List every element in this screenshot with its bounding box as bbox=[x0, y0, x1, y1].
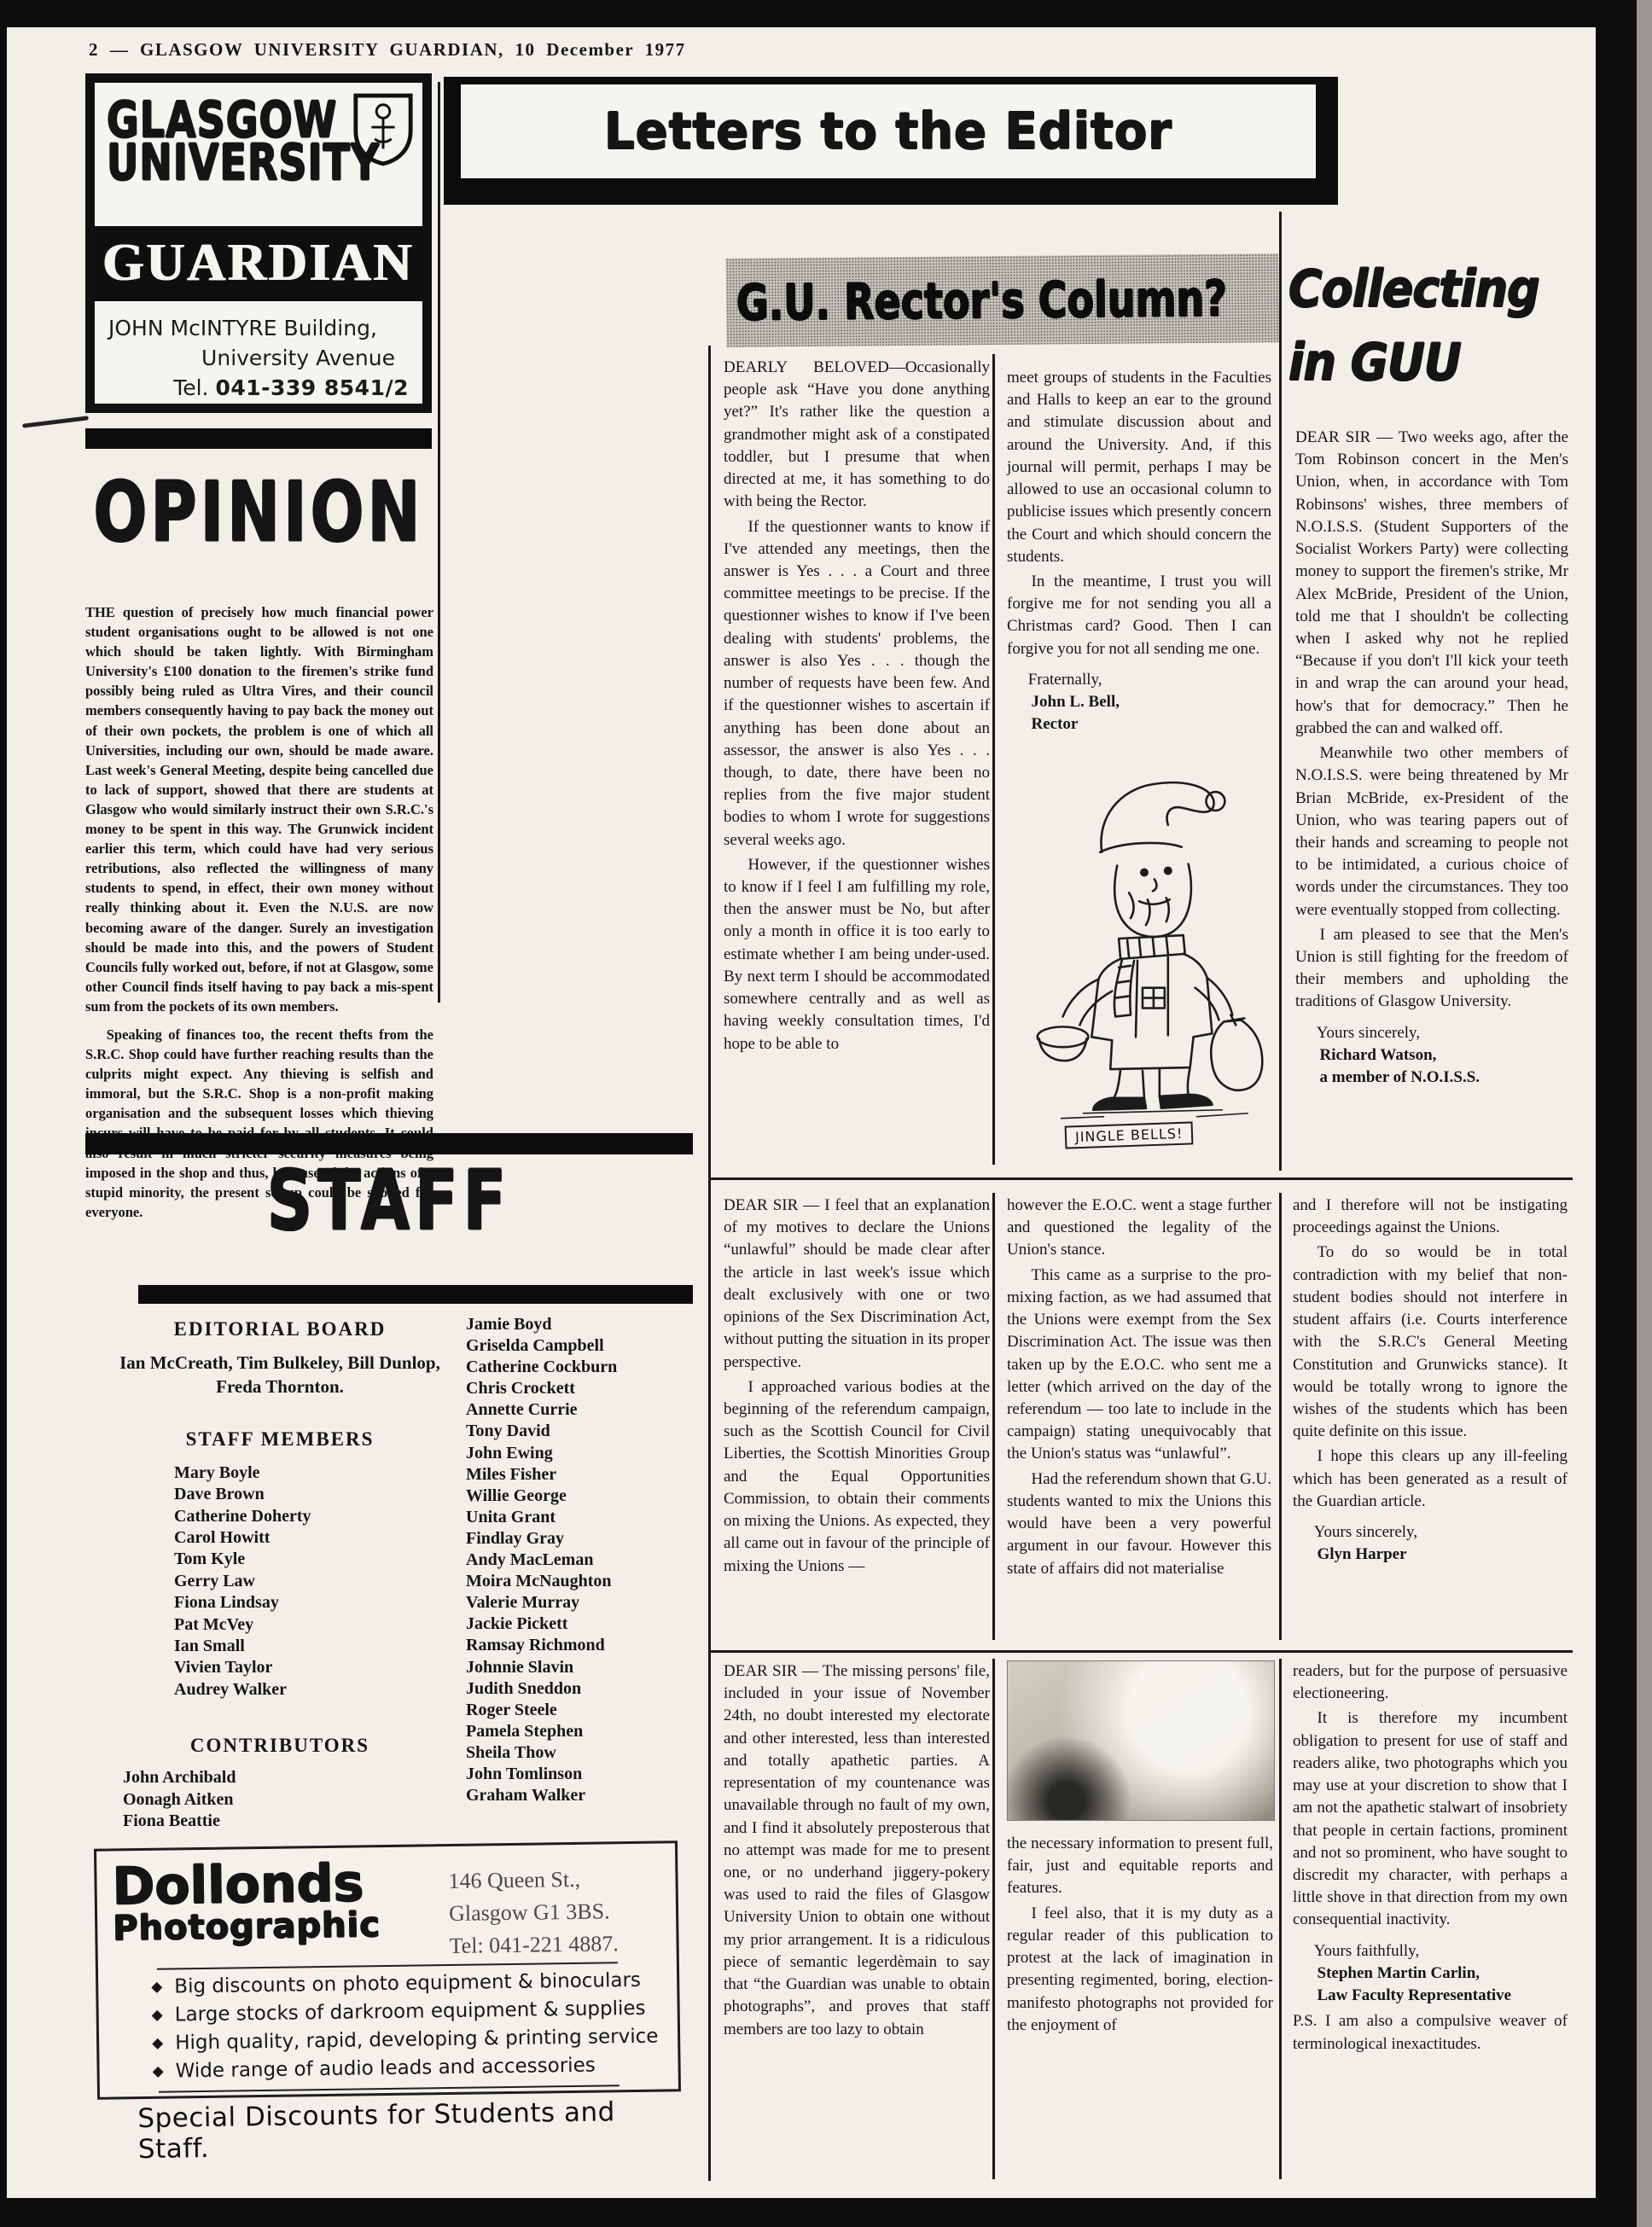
signoff-line: Law Faculty Representative bbox=[1293, 1985, 1568, 2007]
missing-letter-col1: DEAR SIR — The missing persons' file, in… bbox=[724, 1660, 990, 2044]
missing-signoff: Yours faithfully,Stephen Martin Carlin,L… bbox=[1293, 1940, 1568, 2008]
signoff-line: John L. Bell, bbox=[1007, 691, 1271, 713]
masthead-title-band: GUARDIAN bbox=[95, 226, 422, 301]
staff-member-name: Jamie Boyd bbox=[466, 1314, 705, 1335]
collecting-headline-line1: Collecting bbox=[1288, 249, 1603, 330]
staff-member-name: Moira McNaughton bbox=[466, 1571, 705, 1592]
ad-bullet-list: Big discounts on photo equipment & binoc… bbox=[151, 1966, 678, 2086]
letter-paragraph: however the E.O.C. went a stage further … bbox=[1007, 1195, 1271, 1262]
rector-col2-paragraphs: meet groups of students in the Faculties… bbox=[1007, 367, 1271, 660]
jingle-bells-cartoon-drawing bbox=[1002, 756, 1277, 1123]
staff-member-name: Valerie Murray bbox=[466, 1592, 705, 1614]
editorial-board-heading: EDITORIAL BOARD bbox=[109, 1318, 451, 1340]
mixing-letter-col3: and I therefore will not be instigating … bbox=[1293, 1195, 1568, 1567]
signoff-line: Fraternally, bbox=[1007, 669, 1271, 691]
staff-member-name: Tom Kyle bbox=[174, 1549, 451, 1570]
staff-member-name: Ian Small bbox=[174, 1636, 451, 1657]
scan-border-left bbox=[0, 0, 7, 2227]
column-rule bbox=[992, 354, 995, 1165]
staff-member-name: Fiona Lindsay bbox=[174, 1592, 451, 1614]
signoff-line: a member of N.O.I.S.S. bbox=[1295, 1067, 1568, 1089]
missing-col3-paragraphs: readers, but for the purpose of persuasi… bbox=[1293, 1660, 1568, 1932]
staff-member-name: Tony David bbox=[466, 1421, 705, 1442]
contributor-name: Oonagh Aitken bbox=[123, 1789, 451, 1811]
cartoon-caption: JINGLE BELLS! bbox=[1065, 1121, 1194, 1148]
staff-member-name: John Tomlinson bbox=[466, 1764, 705, 1785]
rector-column-headline: G.U. Rector's Column? bbox=[726, 270, 1228, 332]
ad-footer: Special Discounts for Students and Staff… bbox=[100, 2089, 679, 2165]
column-rule bbox=[1279, 1659, 1282, 2179]
signoff-line: Yours sincerely, bbox=[1295, 1022, 1568, 1044]
letter-paragraph: DEAR SIR — I feel that an explanation of… bbox=[724, 1195, 990, 1374]
section-rule bbox=[711, 1650, 1573, 1653]
masthead-title: GUARDIAN bbox=[103, 234, 415, 292]
signoff-line: Yours faithfully, bbox=[1293, 1940, 1568, 1962]
collecting-letter: DEAR SIR — Two weeks ago, after the Tom … bbox=[1295, 427, 1568, 1089]
rector-letter-col2: meet groups of students in the Faculties… bbox=[1007, 367, 1271, 736]
collecting-headline-line2: in GUU bbox=[1288, 323, 1603, 404]
letter-paragraph: However, if the questionner wishes to kn… bbox=[724, 854, 990, 1055]
column-rule bbox=[1279, 212, 1282, 1171]
signoff-line: Stephen Martin Carlin, bbox=[1293, 1962, 1568, 1985]
letter-paragraph: I feel also, that it is my duty as a reg… bbox=[1007, 1903, 1273, 2037]
dollonds-ad: Dollonds Photographic 146 Queen St.,Glas… bbox=[94, 1840, 681, 2100]
staff-member-name: Findlay Gray bbox=[466, 1528, 705, 1550]
staff-member-name: Pat McVey bbox=[174, 1614, 451, 1636]
letter-paragraph: meet groups of students in the Faculties… bbox=[1007, 367, 1271, 568]
missing-letter-col3: readers, but for the purpose of persuasi… bbox=[1293, 1660, 1568, 2058]
column-rule bbox=[992, 1659, 995, 2179]
contributor-name: Fiona Beattie bbox=[123, 1811, 451, 1832]
rector-letter-col1: DEARLY BELOVED—Occasionally people ask “… bbox=[724, 357, 990, 1058]
masthead-box: GLASGOW UNIVERSITY GUARDIAN JOHN McINTYR… bbox=[85, 73, 432, 413]
ad-address: 146 Queen St.,Glasgow G1 3BS.Tel: 041-22… bbox=[448, 1863, 654, 1962]
staff-member-name: Catherine Cockburn bbox=[466, 1357, 705, 1378]
editorial-board-names: Ian McCreath, Tim Bulkeley, Bill Dunlop,… bbox=[109, 1351, 451, 1399]
page-folio: 2 — GLASGOW UNIVERSITY GUARDIAN, 10 Dece… bbox=[89, 39, 686, 61]
newspaper-page: 2 — GLASGOW UNIVERSITY GUARDIAN, 10 Dece… bbox=[0, 0, 1652, 2227]
letter-paragraph: If the questionner wants to know if I've… bbox=[724, 516, 990, 852]
letter-paragraph: In the meantime, I trust you will forgiv… bbox=[1007, 571, 1271, 660]
signoff-line: Richard Watson, bbox=[1295, 1044, 1568, 1067]
opinion-heading: OPINION bbox=[85, 465, 432, 561]
staff-members-list: Mary BoyleDave BrownCatherine DohertyCar… bbox=[109, 1462, 451, 1701]
staff-member-name: John Ewing bbox=[466, 1443, 705, 1464]
scan-border-bottom bbox=[0, 2198, 1652, 2227]
column-rule bbox=[708, 346, 711, 2181]
collecting-headline: Collecting in GUU bbox=[1288, 249, 1603, 396]
letter-paragraph: This came as a surprise to the pro-mixin… bbox=[1007, 1265, 1271, 1466]
address-line-1: JOHN McINTYRE Building, bbox=[108, 313, 409, 343]
staff-member-name: Griselda Campbell bbox=[466, 1335, 705, 1357]
letter-paragraph: I am pleased to see that the Men's Union… bbox=[1295, 924, 1568, 1014]
staff-member-name: Dave Brown bbox=[174, 1484, 451, 1505]
staff-heading: STAFF bbox=[85, 1154, 693, 1249]
staff-member-name: Unita Grant bbox=[466, 1507, 705, 1528]
staff-member-name: Sheila Thow bbox=[466, 1742, 705, 1764]
letters-banner-inner: Letters to the Editor bbox=[461, 84, 1316, 178]
staff-member-name: Judith Sneddon bbox=[466, 1678, 705, 1700]
letters-banner: Letters to the Editor bbox=[444, 77, 1338, 205]
missing-col2-paragraphs: the necessary information to present ful… bbox=[1007, 1833, 1273, 2037]
letter-paragraph: Meanwhile two other members of N.O.I.S.S… bbox=[1295, 742, 1568, 922]
address-line-2: University Avenue bbox=[108, 343, 409, 373]
ad-address-line: 146 Queen St., bbox=[448, 1863, 654, 1898]
staff-member-name: Jackie Pickett bbox=[466, 1614, 705, 1635]
column-rule bbox=[1279, 1193, 1282, 1640]
missing-ps: P.S. I am also a compulsive weaver of te… bbox=[1293, 2010, 1568, 2055]
column-rule bbox=[438, 82, 440, 1003]
staff-members-heading: STAFF MEMBERS bbox=[109, 1428, 451, 1451]
scan-edge-paper bbox=[1637, 0, 1652, 2227]
section-rule bbox=[711, 1177, 1573, 1180]
contributors-heading: CONTRIBUTORS bbox=[109, 1735, 451, 1757]
collecting-signoff: Yours sincerely,Richard Watson,a member … bbox=[1295, 1022, 1568, 1090]
letter-paragraph: DEARLY BELOVED—Occasionally people ask “… bbox=[724, 357, 990, 514]
staff-member-name: Vivien Taylor bbox=[174, 1657, 451, 1678]
divider-bar bbox=[85, 1133, 693, 1154]
mixing-letter-col2: however the E.O.C. went a stage further … bbox=[1007, 1195, 1271, 1583]
staff-member-name: Gerry Law bbox=[174, 1571, 451, 1592]
rector-signoff: Fraternally,John L. Bell,Rector bbox=[1007, 669, 1271, 736]
staff-member-name: Graham Walker bbox=[466, 1785, 705, 1806]
ad-address-line: Tel: 041-221 4887. bbox=[449, 1928, 654, 1962]
staff-member-name: Andy MacLeman bbox=[466, 1550, 705, 1571]
letter-paragraph: I hope this clears up any ill-feeling wh… bbox=[1293, 1445, 1568, 1513]
address-line-3: Tel. 041-339 8541/2 bbox=[108, 373, 409, 403]
rector-column-headline-box: G.U. Rector's Column? bbox=[726, 253, 1280, 347]
opinion-paragraph: THE question of precisely how much finan… bbox=[85, 602, 433, 1016]
staff-member-name: Miles Fisher bbox=[466, 1464, 705, 1486]
letter-photograph bbox=[1007, 1660, 1275, 1821]
mixing-col3-paragraphs: and I therefore will not be instigating … bbox=[1293, 1195, 1568, 1513]
letter-paragraph: readers, but for the purpose of persuasi… bbox=[1293, 1660, 1568, 1705]
tel-label: Tel. bbox=[173, 375, 215, 400]
masthead-address: JOHN McINTYRE Building, University Avenu… bbox=[95, 301, 422, 403]
letter-paragraph: DEAR SIR — The missing persons' file, in… bbox=[724, 1660, 990, 2041]
scan-smudge bbox=[22, 416, 89, 427]
staff-member-name: Chris Crockett bbox=[466, 1378, 705, 1399]
staff-member-name: Ramsay Richmond bbox=[466, 1635, 705, 1656]
university-crest-icon bbox=[351, 90, 416, 172]
letter-paragraph: the necessary information to present ful… bbox=[1007, 1833, 1273, 1900]
letter-paragraph: It is therefore my incumbent obligation … bbox=[1293, 1707, 1568, 1931]
letter-paragraph: DEAR SIR — Two weeks ago, after the Tom … bbox=[1295, 427, 1568, 740]
divider-bar bbox=[138, 1285, 693, 1304]
contributors-list: John ArchibaldOonagh AitkenFiona Beattie bbox=[109, 1767, 451, 1832]
mixing-letter-col1: DEAR SIR — I feel that an explanation of… bbox=[724, 1195, 990, 1580]
signoff-line: Rector bbox=[1007, 713, 1271, 736]
staff-left-column: EDITORIAL BOARD Ian McCreath, Tim Bulkel… bbox=[109, 1318, 451, 1832]
staff-member-name: Annette Currie bbox=[466, 1399, 705, 1421]
mixing-signoff: Yours sincerely,Glyn Harper bbox=[1293, 1521, 1568, 1566]
staff-member-name: Willie George bbox=[466, 1486, 705, 1507]
letter-paragraph: I approached various bodies at the begin… bbox=[724, 1376, 990, 1578]
signoff-line: Glyn Harper bbox=[1293, 1544, 1568, 1566]
signoff-line: Yours sincerely, bbox=[1293, 1521, 1568, 1544]
ad-address-line: Glasgow G1 3BS. bbox=[449, 1895, 654, 1930]
staff-member-name: Roger Steele bbox=[466, 1700, 705, 1721]
staff-member-name: Mary Boyle bbox=[174, 1462, 451, 1484]
staff-right-column: Jamie BoydGriselda CampbellCatherine Coc… bbox=[466, 1314, 705, 1806]
staff-member-name: Pamela Stephen bbox=[466, 1721, 705, 1742]
collecting-paragraphs: DEAR SIR — Two weeks ago, after the Tom … bbox=[1295, 427, 1568, 1014]
staff-member-name: Audrey Walker bbox=[174, 1679, 451, 1701]
column-rule bbox=[992, 1193, 995, 1640]
staff-member-name: Catherine Doherty bbox=[174, 1506, 451, 1527]
letter-paragraph: Had the referendum shown that G.U. stude… bbox=[1007, 1468, 1271, 1580]
letter-paragraph: To do so would be in total contradiction… bbox=[1293, 1241, 1568, 1443]
staff-member-name: Carol Howitt bbox=[174, 1527, 451, 1549]
ad-header: Dollonds Photographic 146 Queen St.,Glas… bbox=[96, 1843, 677, 1963]
tel-number: 041-339 8541/2 bbox=[215, 375, 409, 400]
letters-banner-title: Letters to the Editor bbox=[604, 102, 1172, 160]
divider-bar bbox=[85, 428, 432, 449]
contributor-name: John Archibald bbox=[123, 1767, 451, 1788]
rector-cartoon: JINGLE BELLS! bbox=[1002, 756, 1277, 1159]
scan-border-top bbox=[0, 0, 1652, 27]
missing-letter-col2: the necessary information to present ful… bbox=[1007, 1660, 1273, 2039]
letter-paragraph: and I therefore will not be instigating … bbox=[1293, 1195, 1568, 1239]
masthead-top: GLASGOW UNIVERSITY bbox=[95, 83, 422, 226]
staff-member-name: Johnnie Slavin bbox=[466, 1657, 705, 1678]
